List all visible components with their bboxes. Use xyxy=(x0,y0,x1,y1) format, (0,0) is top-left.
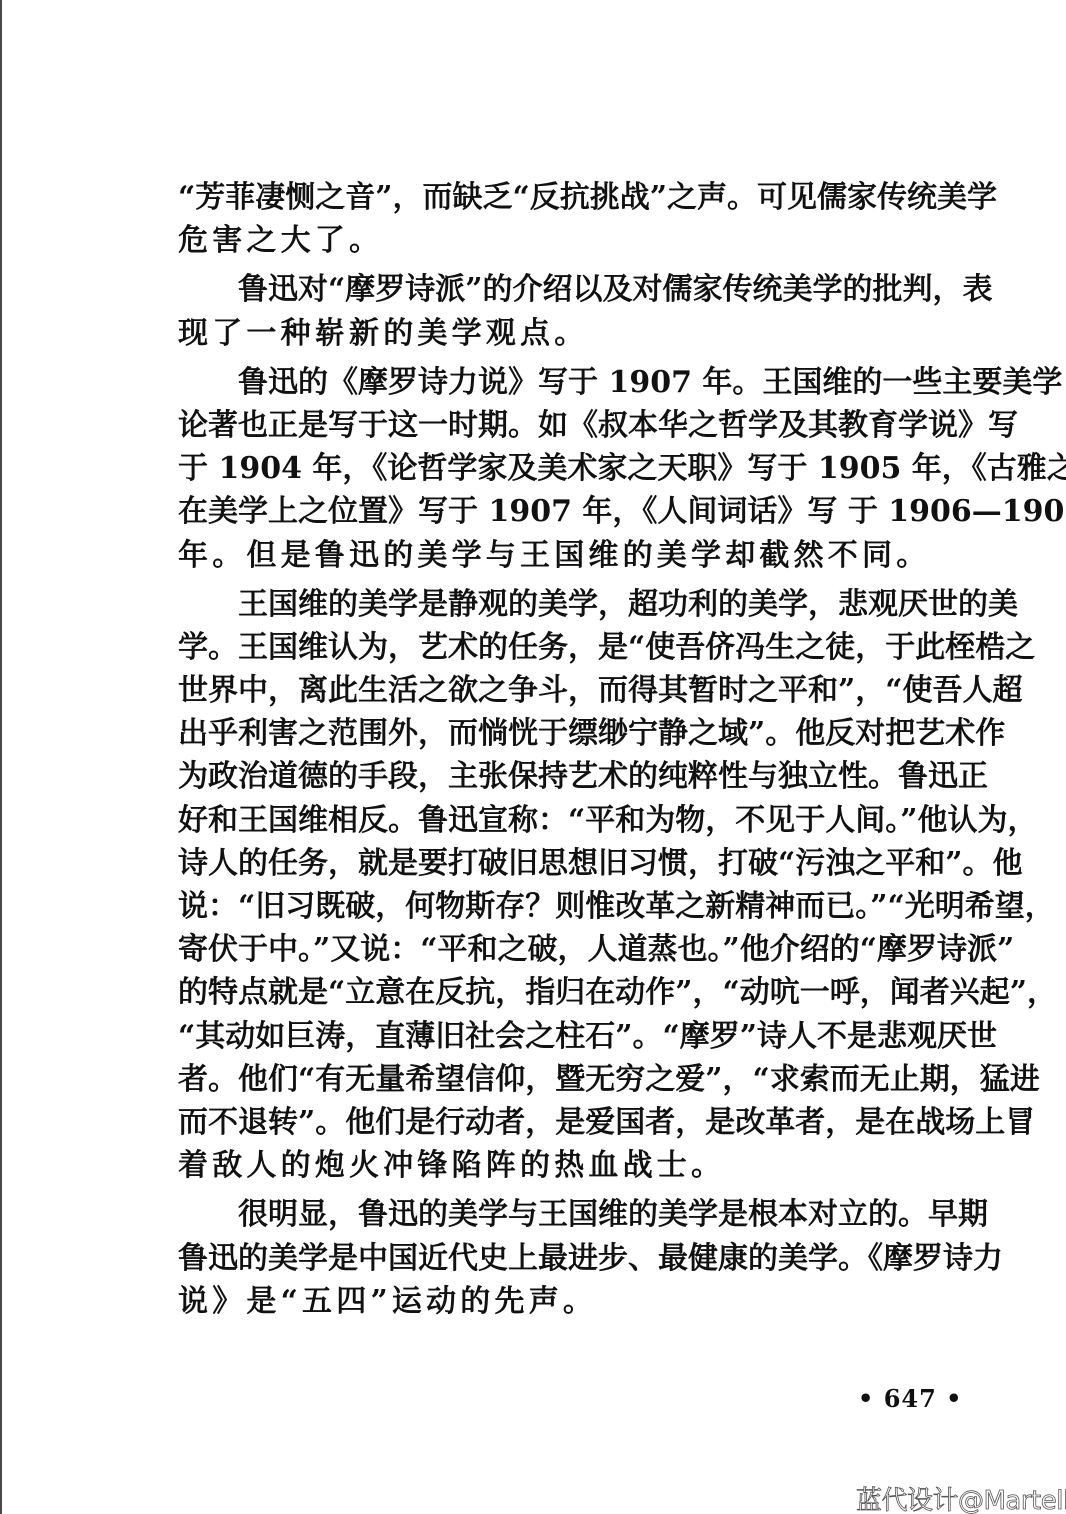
text-line: 王国维的美学是静观的美学，超功利的美学，悲观厌世的美 xyxy=(178,583,958,626)
text-line: 现了一种崭新的美学观点。 xyxy=(178,312,958,355)
text-line: 论著也正是写于这一时期。如《叔本华之哲学及其教育学说》写 xyxy=(178,404,958,447)
text-line: 好和王国维相反。鲁迅宣称：“平和为物，不见于人间。”他认为， xyxy=(178,799,958,842)
text-line: “芳菲凄恻之音”，而缺乏“反抗挑战”之声。可见儒家传统美学 xyxy=(178,176,958,219)
text-line: 于 1904 年，《论哲学家及美术家之天职》写于 1905 年，《古雅之 xyxy=(178,447,958,490)
watermark: 蓝代设计@Martells xyxy=(856,1480,1066,1514)
text-line: 着敌人的炮火冲锋陷阵的热血战士。 xyxy=(178,1144,958,1187)
page-body: “芳菲凄恻之音”，而缺乏“反抗挑战”之声。可见儒家传统美学 危害之大了。 鲁迅对… xyxy=(178,176,958,1323)
text-line: “其动如巨涛，直薄旧社会之柱石”。“摩罗”诗人不是悲观厌世 xyxy=(178,1015,958,1058)
text-line: 鲁迅的美学是中国近代史上最进步、最健康的美学。《摩罗诗力 xyxy=(178,1237,958,1280)
text-line: 的特点就是“立意在反抗，指归在动作”，“动吭一呼，闻者兴起”， xyxy=(178,971,958,1014)
text-line: 诗人的任务，就是要打破旧思想旧习惯，打破“污浊之平和”。他 xyxy=(178,842,958,885)
text-line: 鲁迅的《摩罗诗力说》写于 1907 年。王国维的一些主要美学 xyxy=(178,361,958,404)
text-line: 为政治道德的手段，主张保持艺术的纯粹性与独立性。鲁迅正 xyxy=(178,755,958,798)
text-line: 出乎利害之范围外，而惝恍于缥缈宁静之域”。他反对把艺术作 xyxy=(178,712,958,755)
paragraph: 王国维的美学是静观的美学，超功利的美学，悲观厌世的美 学。王国维认为，艺术的任务… xyxy=(178,583,958,1188)
text-line: 在美学上之位置》写于 1907 年，《人间词话》写 于 1906—1908 xyxy=(178,490,958,533)
text-line: 说：“旧习既破，何物斯存？则惟改革之新精神而已。”“光明希望， xyxy=(178,885,958,928)
text-line: 学。王国维认为，艺术的任务，是“使吾侪冯生之徒，于此桎梏之 xyxy=(178,626,958,669)
paragraph: “芳菲凄恻之音”，而缺乏“反抗挑战”之声。可见儒家传统美学 危害之大了。 xyxy=(178,176,958,262)
text-line: 而不退转”。他们是行动者，是爱国者，是改革者，是在战场上冒 xyxy=(178,1101,958,1144)
text-line: 寄伏于中。”又说：“平和之破，人道蒸也。”他介绍的“摩罗诗派” xyxy=(178,928,958,971)
text-line: 年。但是鲁迅的美学与王国维的美学却截然不同。 xyxy=(178,534,958,577)
text-line: 说》是“五四”运动的先声。 xyxy=(178,1280,958,1323)
page-number: • 647 • xyxy=(858,1384,963,1413)
text-line: 世界中，离此生活之欲之争斗，而得其暂时之平和”，“使吾人超 xyxy=(178,669,958,712)
text-line: 危害之大了。 xyxy=(178,219,958,262)
paragraph: 很明显，鲁迅的美学与王国维的美学是根本对立的。早期 鲁迅的美学是中国近代史上最进… xyxy=(178,1193,958,1323)
text-line: 鲁迅对“摩罗诗派”的介绍以及对儒家传统美学的批判，表 xyxy=(178,268,958,311)
text-line: 很明显，鲁迅的美学与王国维的美学是根本对立的。早期 xyxy=(178,1193,958,1236)
text-line: 者。他们“有无量希望信仰，暨无穷之爱”，“求索而无止期，猛进 xyxy=(178,1058,958,1101)
paragraph: 鲁迅对“摩罗诗派”的介绍以及对儒家传统美学的批判，表 现了一种崭新的美学观点。 xyxy=(178,268,958,354)
page-left-border xyxy=(0,0,2,1514)
paragraph: 鲁迅的《摩罗诗力说》写于 1907 年。王国维的一些主要美学 论著也正是写于这一… xyxy=(178,361,958,577)
